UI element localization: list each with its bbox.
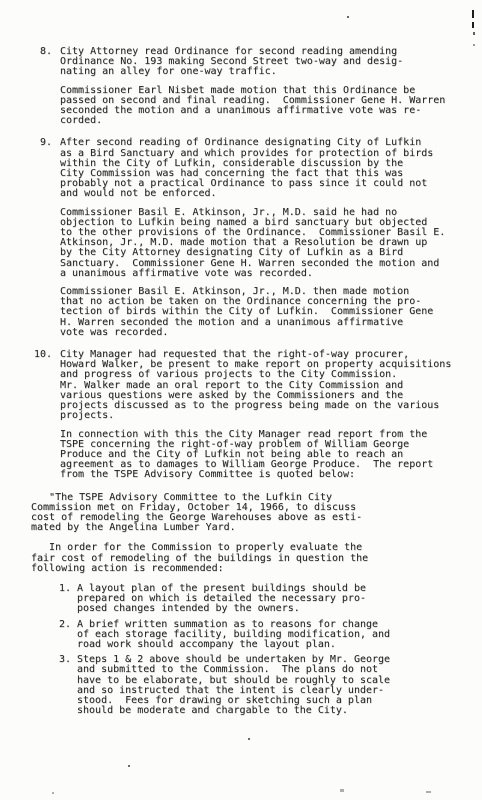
item-body: After second reading of Ordinance design… [60, 138, 462, 338]
item-body: City Manager had requested that the righ… [60, 350, 462, 480]
recommendation-1: 1. A layout plan of the present building… [31, 584, 462, 615]
item-number: 9. [30, 138, 52, 148]
scan-speck [426, 791, 431, 793]
scan-edge-mark [472, 10, 474, 18]
recommendation-text: Steps 1 & 2 above should be undertaken b… [77, 655, 462, 716]
tspe-report-quote: "The TSPE Advisory Committee to the Lufk… [31, 493, 462, 717]
recommendation-text: A brief written summation as to reasons … [77, 620, 462, 651]
item-paragraph: Commissioner Basil E. Atkinson, Jr., M.D… [60, 287, 462, 338]
scan-speck [347, 16, 349, 18]
item-paragraph: In connection with this the City Manager… [60, 430, 462, 481]
item-paragraph: Commissioner Earl Nisbet made motion tha… [60, 86, 462, 127]
scanned-minutes-page: 8. City Attorney read Ordinance for seco… [0, 0, 482, 800]
recommendation-2: 2. A brief written summation as to reaso… [31, 620, 462, 651]
item-paragraph: Commissioner Basil E. Atkinson, Jr., M.D… [60, 208, 462, 279]
scan-speck [248, 738, 250, 740]
recommendation-text: A layout plan of the present buildings s… [77, 584, 462, 615]
scan-edge-mark [472, 22, 474, 28]
scan-speck [340, 789, 344, 792]
recommendation-number: 2. [59, 620, 71, 630]
scan-speck [52, 792, 54, 794]
minutes-content: 8. City Attorney read Ordinance for seco… [0, 47, 482, 716]
recommendation-number: 1. [59, 584, 71, 594]
item-paragraph: After second reading of Ordinance design… [60, 138, 462, 199]
agenda-item-8: 8. City Attorney read Ordinance for seco… [0, 47, 482, 126]
quote-paragraph: In order for the Commission to properly … [31, 543, 462, 574]
agenda-item-9: 9. After second reading of Ordinance des… [0, 138, 482, 338]
item-paragraph: City Attorney read Ordinance for second … [60, 47, 462, 78]
item-number: 8. [30, 47, 52, 57]
scan-edge-mark [473, 32, 475, 35]
item-body: City Attorney read Ordinance for second … [60, 47, 462, 126]
scan-speck [128, 765, 130, 767]
item-paragraph: City Manager had requested that the righ… [60, 350, 462, 421]
quote-paragraph: "The TSPE Advisory Committee to the Lufk… [31, 493, 462, 534]
scan-speck [473, 44, 475, 46]
agenda-item-10: 10. City Manager had requested that the … [0, 350, 482, 480]
recommendation-number: 3. [59, 655, 71, 665]
recommendation-3: 3. Steps 1 & 2 above should be undertake… [31, 655, 462, 716]
item-number: 10. [30, 350, 52, 360]
